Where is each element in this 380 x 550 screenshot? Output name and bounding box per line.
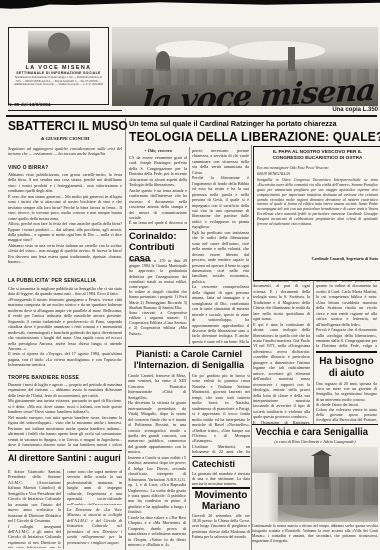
- pianisti-title-line1: Pianisti: a Carole Carniel: [128, 349, 250, 360]
- village-buildings: [276, 477, 378, 505]
- section-head-bandiere: TROPPE BANDIERE ROSSE: [8, 375, 122, 381]
- divider: [252, 424, 378, 425]
- section-body: Che si trasmetta la migliore pubblicità …: [8, 286, 122, 372]
- corinaldo-body: Con delibera n. 270 in data 29 giugno 19…: [129, 258, 187, 344]
- newspaper-page: LA VOCE MISENA SETTIMANALE DI INFORMAZIO…: [0, 0, 380, 550]
- old-town-photo: [252, 447, 378, 522]
- santini-title: Al direttore Santini : auguri: [8, 453, 113, 464]
- pianisti-col2: Un po' gradino più in basso si sono esib…: [192, 373, 250, 453]
- dome-silhouette: [156, 51, 170, 71]
- divider: [8, 450, 122, 451]
- header-rule: [6, 115, 377, 117]
- santini-col2: come sono che saprà mettere al servizio …: [67, 469, 122, 505]
- section-head-vino-o-birra: VINO O BIRRA?: [8, 165, 122, 171]
- left-article-byline: di GIUSEPPE CIONCHI: [8, 136, 122, 141]
- mariano-title: Movimento Mariano: [192, 490, 250, 512]
- scan-artifact-corner: [0, 0, 62, 11]
- issue-number: N. 35 del 13/9/1984: [8, 103, 50, 108]
- masthead-photo: [28, 31, 90, 63]
- vecchia-caption: Continuando la nostra marcia a ritroso n…: [252, 524, 378, 548]
- main-article-title: TEOLOGIA DELLA LIBERAZIONE: QUALE?: [129, 129, 361, 144]
- pianisti-title-line2: l'Internazion. di Senigallia: [128, 360, 250, 371]
- vecchia-title: Vecchia e cara Senigallia: [252, 427, 372, 438]
- main-article-salute: + Odo, vescovo: [129, 148, 187, 153]
- white-house: [252, 473, 278, 522]
- pianisti-title: Pianisti: a Carole Carniel l'Internazion…: [128, 349, 250, 371]
- main-article-col4: mentalmente. Molto portavoce è quanto in…: [316, 278, 377, 348]
- divider: [192, 456, 250, 457]
- section-body: Durante i mesi di luglio e agosto — prop…: [8, 382, 122, 448]
- divider: [316, 351, 377, 353]
- papa-box-title: IL PAPA AL NOSTRO VESCOVO PER IL CONGRES…: [257, 150, 378, 162]
- main-article-kicker: Un tema sul quale il Cardinal Ratzinger …: [129, 119, 378, 128]
- column-rule: [189, 147, 190, 344]
- catechisti-title: Catechisti: [192, 459, 250, 469]
- divider: [192, 487, 250, 489]
- section-body: Abbiamo visto pubblicizzata, con grossi …: [8, 172, 122, 275]
- main-article-col1: C'è da essere veramente grati al card. J…: [129, 155, 187, 227]
- aiuto-title: Ha bisogno di aiuto: [316, 356, 377, 379]
- catechisti-body: La giornata del mandato è rinviata di un…: [192, 471, 250, 485]
- santini-col1: Il dottor Giancarlo Santini, Presidente …: [8, 469, 61, 548]
- divider: [8, 110, 122, 111]
- divider: [129, 229, 187, 230]
- header-photo: la voce misena: [112, 27, 378, 106]
- column-rule: [63, 469, 64, 549]
- main-article-col2: perciò necessario portare chiarezza, a s…: [192, 148, 249, 344]
- divider: [128, 346, 250, 347]
- price-label: Una copia L.350: [260, 107, 378, 113]
- column-rule: [125, 118, 126, 550]
- papa-box-addressee: Ecc.mo monsignore Odo Fusi Pecci Vescovo…: [257, 165, 378, 175]
- left-article-intro: Seguitano ad aggiungersi qualche conside…: [8, 146, 122, 162]
- column-rule: [189, 372, 190, 550]
- mariano-body: Giovedì 20 settembre, alle ore 18,30 pre…: [192, 513, 250, 549]
- pianisti-col1: Carole Carniel, francese di Metz, anni v…: [128, 373, 186, 548]
- aiuto-body: Una ragazza di 20 anni, sposata da circa…: [316, 381, 377, 423]
- vecchia-byline: (a cura di Rino Girolimetti e Adria Casa…: [252, 439, 378, 444]
- papa-telegram-box: IL PAPA AL NOSTRO VESCOVO PER IL CONGRES…: [253, 146, 380, 281]
- papa-box-body: Senigallia in Ostra Congresso Eucaristic…: [257, 178, 378, 254]
- main-article-col3: fatta con autenticità, cioè con i docume…: [253, 278, 310, 424]
- masthead-box: LA VOCE MISENA SETTIMANALE DI INFORMAZIO…: [8, 27, 109, 105]
- left-article-title: SBATTERCI IL MUSO: [8, 119, 116, 133]
- tower-silhouette: [288, 47, 295, 71]
- santini-note: La Direzione de «La Voce Misena» si asso…: [67, 507, 122, 548]
- masthead-details: Spedizione in Abbonamento Postale Gruppo…: [9, 75, 108, 88]
- papa-box-signature: Cardinale Casaroli, Segretario di Stato: [257, 256, 378, 261]
- section-head-pubblicita: LA PUBBLICITA' PER SENIGALLIA: [8, 278, 122, 284]
- column-rule: [313, 278, 314, 424]
